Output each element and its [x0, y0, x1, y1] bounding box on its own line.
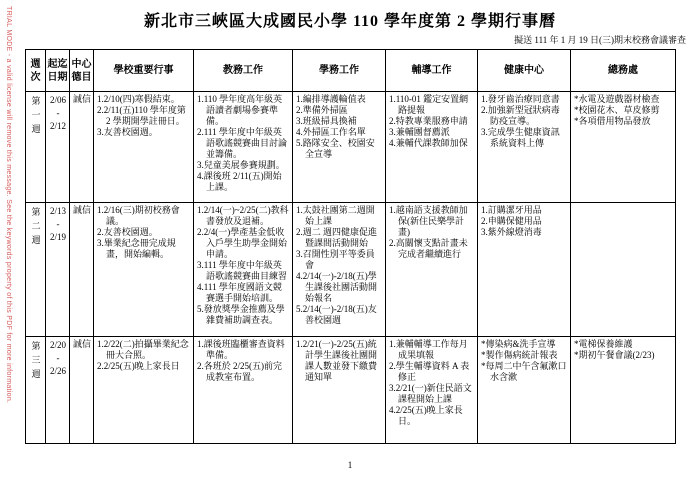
list-item: 3.111 學年度中年級英語歌謠競賽曲目練習	[197, 260, 290, 282]
header-row: 週次 起迄日期 中心德目 學校重要行事 教務工作 學務工作 輔導工作 健康中心 …	[26, 50, 676, 92]
list-item: 1.2/22(二)拍攝畢業紀念冊大合照。	[97, 339, 191, 361]
virtue-cell: 誠信	[70, 203, 94, 337]
list-item: 1.課後班臨櫃審查資料準備。	[197, 339, 290, 361]
date-start: 2/20	[49, 339, 67, 352]
list-item: 3.兼輔團督薦派	[389, 127, 475, 138]
date-range-cell: 2/20 - 2/26	[46, 337, 70, 444]
trial-mode-watermark: TRIAL MODE - a valid license will remove…	[5, 6, 12, 403]
list-item: 4.111 學年度國語文競賽選手開始培訓。	[197, 282, 290, 304]
week-number-cell: 第二週	[26, 203, 46, 337]
list-item: 2.2/25(五)晚上家長日	[97, 361, 191, 372]
cell-item-list: 1.編排導護輪值表2.準備外掃區3.班級掃具換補4.外掃區工作名單5.路隊安全、…	[296, 94, 383, 160]
cell-item-list: 1.課後班臨櫃審查資料準備。2.各班於 2/25(五)前完成教室布置。	[197, 339, 290, 383]
list-item: 2.高關懷支點計畫未完成者繼續進行	[389, 238, 475, 260]
virtue-cell: 誠信	[70, 337, 94, 444]
date-separator: -	[49, 352, 67, 365]
date-separator: -	[49, 107, 67, 120]
list-item: 5.2/14(一)-2/18(五)友善校園週	[296, 304, 383, 326]
col-header-counseling: 輔導工作	[386, 50, 478, 92]
list-item: 3.畢業紀念冊完成規畫，開始編輯。	[97, 238, 191, 260]
week-label: 第三週	[32, 339, 41, 381]
week-label: 第一週	[32, 94, 41, 136]
cell-item-list: *電梯保養維護*期初午餐會議(2/23)	[574, 339, 673, 361]
list-item: 1.發牙齒治療同意書	[481, 94, 568, 105]
list-item: 3.2/21(一)新住民語文課程開始上課	[389, 383, 475, 405]
list-item: 2.特教專業服務申請	[389, 116, 475, 127]
list-item: *製作傷病統計報表	[481, 350, 568, 361]
list-item: 2.學生輔導資料 A 表修正	[389, 361, 475, 383]
cell-item-list: 1.2/21(一)-2/25(五)統計學生課後社團開課人數並發下繳費通知單	[296, 339, 383, 383]
cell-item-list: 1.發牙齒治療同意書2.加強新型冠狀病毒防疫宣導。3.完成學生健康資訊系統資料上…	[481, 94, 568, 149]
list-item: 2.週二 週四健康促進暨課間活動開始	[296, 227, 383, 249]
general-affairs-cell: *電梯保養維護*期初午餐會議(2/23)	[571, 337, 676, 444]
list-item: 2.2/4(一)學產基金低收入戶學生助學金開始申請。	[197, 227, 290, 260]
date-range-cell: 2/06 - 2/12	[46, 92, 70, 203]
cell-item-list: 1.訂購潔牙用品2.申購保健用品3.紫外線燈消毒	[481, 205, 568, 238]
general-affairs-cell: *水電及遊戲器材檢查*校園花木、草皮修剪*各項借用物品發放	[571, 92, 676, 203]
col-header-academic-affairs: 教務工作	[194, 50, 293, 92]
list-item: 1.2/21(一)-2/25(五)統計學生課後社團開課人數並發下繳費通知單	[296, 339, 383, 383]
table-row-week1: 第一週 2/06 - 2/12 誠信 1.2/10(四)寒假結束。2.2/11(…	[26, 92, 676, 203]
list-item: *期初午餐會議(2/23)	[574, 350, 673, 361]
list-item: 4.2/14(一)-2/18(五)學生課後社團活動開始報名	[296, 271, 383, 304]
list-item: 4.兼輔代課教師加保	[389, 138, 475, 149]
list-item: 4.2/25(五)晚上家長日。	[389, 405, 475, 427]
date-start: 2/13	[49, 205, 67, 218]
date-end: 2/26	[49, 365, 67, 378]
list-item: 1.太鼓社團第二週開始上課	[296, 205, 383, 227]
review-note: 擬送 111 年 1 月 19 日(三)期末校務會議審查	[0, 33, 700, 46]
cell-item-list: 1.越南語支援教師加保(新住民樂學計畫)2.高關懷支點計畫未完成者繼續進行	[389, 205, 475, 260]
list-item: 1.2/14(一)~2/25(二)教科書發放及退補。	[197, 205, 290, 227]
list-item: 2.申購保健用品	[481, 216, 568, 227]
page-title: 新北市三峽區大成國民小學 110 學年度第 2 學期行事曆	[0, 8, 700, 31]
list-item: 2.加強新型冠狀病毒防疫宣導。	[481, 105, 568, 127]
date-start: 2/06	[49, 94, 67, 107]
school-events-cell: 1.2/22(二)拍攝畢業紀念冊大合照。2.2/25(五)晚上家長日	[94, 337, 194, 444]
student-affairs-cell: 1.太鼓社團第二週開始上課2.週二 週四健康促進暨課間活動開始3.召開性別平等委…	[293, 203, 386, 337]
cell-item-list: 1.兼輔輔導工作每月成果填報2.學生輔導資料 A 表修正3.2/21(一)新住民…	[389, 339, 475, 427]
student-affairs-cell: 1.編排導護輪值表2.準備外掃區3.班級掃具換補4.外掃區工作名單5.路隊安全、…	[293, 92, 386, 203]
school-events-cell: 1.2/16(三)期初校務會議。2.友善校園週。3.畢業紀念冊完成規畫，開始編輯…	[94, 203, 194, 337]
health-center-cell: 1.訂購潔牙用品2.申購保健用品3.紫外線燈消毒	[478, 203, 571, 337]
list-item: 1.110-01 鑑定安置網路提報	[389, 94, 475, 116]
list-item: 1.訂購潔牙用品	[481, 205, 568, 216]
student-affairs-cell: 1.2/21(一)-2/25(五)統計學生課後社團開課人數並發下繳費通知單	[293, 337, 386, 444]
list-item: 2.友善校園週。	[97, 227, 191, 238]
col-header-general-affairs: 總務處	[571, 50, 676, 92]
list-item: *電梯保養維護	[574, 339, 673, 350]
list-item: 2.2/11(五)110 學年度第 2 學期開學註冊日。	[97, 105, 191, 127]
cell-item-list: 1.2/22(二)拍攝畢業紀念冊大合照。2.2/25(五)晚上家長日	[97, 339, 191, 372]
col-header-school-events: 學校重要行事	[94, 50, 194, 92]
list-item: *水電及遊戲器材檢查	[574, 94, 673, 105]
cell-item-list: 1.110-01 鑑定安置網路提報2.特教專業服務申請3.兼輔團督薦派4.兼輔代…	[389, 94, 475, 149]
col-header-dates: 起迄日期	[46, 50, 70, 92]
date-separator: -	[49, 218, 67, 231]
col-header-virtue: 中心德目	[70, 50, 94, 92]
date-end: 2/19	[49, 231, 67, 244]
list-item: 2.111 學年度中年級英語歌謠競賽曲目討論並籌備。	[197, 127, 290, 160]
cell-item-list: 1.太鼓社團第二週開始上課2.週二 週四健康促進暨課間活動開始3.召開性別平等委…	[296, 205, 383, 326]
list-item: 3.班級掃具換補	[296, 116, 383, 127]
page-number: 1	[0, 460, 700, 470]
list-item: 3.完成學生健康資訊系統資料上傳	[481, 127, 568, 149]
cell-item-list: 1.2/10(四)寒假結束。2.2/11(五)110 學年度第 2 學期開學註冊…	[97, 94, 191, 138]
list-item: 1.兼輔輔導工作每月成果填報	[389, 339, 475, 361]
counseling-cell: 1.兼輔輔導工作每月成果填報2.學生輔導資料 A 表修正3.2/21(一)新住民…	[386, 337, 478, 444]
list-item: 5.發放獎學金推薦及學雜費補助調查表。	[197, 304, 290, 326]
health-center-cell: 1.發牙齒治療同意書2.加強新型冠狀病毒防疫宣導。3.完成學生健康資訊系統資料上…	[478, 92, 571, 203]
counseling-cell: 1.越南語支援教師加保(新住民樂學計畫)2.高關懷支點計畫未完成者繼續進行	[386, 203, 478, 337]
cell-item-list: 1.2/14(一)~2/25(二)教科書發放及退補。2.2/4(一)學產基金低收…	[197, 205, 290, 326]
week-label: 第二週	[32, 205, 41, 247]
date-range-cell: 2/13 - 2/19	[46, 203, 70, 337]
list-item: 5.路隊安全、校園安全宣導	[296, 138, 383, 160]
list-item: *傳染病&洗手宣導	[481, 339, 568, 350]
cell-item-list: 1.2/16(三)期初校務會議。2.友善校園週。3.畢業紀念冊完成規畫，開始編輯…	[97, 205, 191, 260]
academic-affairs-cell: 1.2/14(一)~2/25(二)教科書發放及退補。2.2/4(一)學產基金低收…	[194, 203, 293, 337]
col-header-student-affairs: 學務工作	[293, 50, 386, 92]
cell-item-list: 1.110 學年度高年級英語讀者劇場參賽準備。2.111 學年度中年級英語歌謠競…	[197, 94, 290, 193]
list-item: 1.2/10(四)寒假結束。	[97, 94, 191, 105]
col-header-health-center: 健康中心	[478, 50, 571, 92]
list-item: 3.紫外線燈消毒	[481, 227, 568, 238]
table-row-week2: 第二週 2/13 - 2/19 誠信 1.2/16(三)期初校務會議。2.友善校…	[26, 203, 676, 337]
col-header-week: 週次	[26, 50, 46, 92]
school-events-cell: 1.2/10(四)寒假結束。2.2/11(五)110 學年度第 2 學期開學註冊…	[94, 92, 194, 203]
health-center-cell: *傳染病&洗手宣導*製作傷病統計報表*每周二中午含氟漱口水含漱	[478, 337, 571, 444]
academic-affairs-cell: 1.110 學年度高年級英語讀者劇場參賽準備。2.111 學年度中年級英語歌謠競…	[194, 92, 293, 203]
week-number-cell: 第一週	[26, 92, 46, 203]
list-item: 1.110 學年度高年級英語讀者劇場參賽準備。	[197, 94, 290, 127]
list-item: 2.各班於 2/25(五)前完成教室布置。	[197, 361, 290, 383]
list-item: 1.越南語支援教師加保(新住民樂學計畫)	[389, 205, 475, 238]
list-item: 1.編排導護輪值表	[296, 94, 383, 105]
table-row-week3: 第三週 2/20 - 2/26 誠信 1.2/22(二)拍攝畢業紀念冊大合照。2…	[26, 337, 676, 444]
cell-item-list: *水電及遊戲器材檢查*校園花木、草皮修剪*各項借用物品發放	[574, 94, 673, 127]
cell-item-list: *傳染病&洗手宣導*製作傷病統計報表*每周二中午含氟漱口水含漱	[481, 339, 568, 383]
list-item: *校園花木、草皮修剪	[574, 105, 673, 116]
list-item: 3.召開性別平等委員會	[296, 249, 383, 271]
list-item: 4.課後班 2/11(五)開始上課。	[197, 171, 290, 193]
list-item: 3.友善校園週。	[97, 127, 191, 138]
calendar-table: 週次 起迄日期 中心德目 學校重要行事 教務工作 學務工作 輔導工作 健康中心 …	[25, 49, 676, 444]
list-item: *每周二中午含氟漱口水含漱	[481, 361, 568, 383]
list-item: 1.2/16(三)期初校務會議。	[97, 205, 191, 227]
list-item: 3.兒童美展參賽規劃。	[197, 160, 290, 171]
counseling-cell: 1.110-01 鑑定安置網路提報2.特教專業服務申請3.兼輔團督薦派4.兼輔代…	[386, 92, 478, 203]
list-item: 4.外掃區工作名單	[296, 127, 383, 138]
week-number-cell: 第三週	[26, 337, 46, 444]
list-item: *各項借用物品發放	[574, 116, 673, 127]
general-affairs-cell	[571, 203, 676, 337]
list-item: 2.準備外掃區	[296, 105, 383, 116]
date-end: 2/12	[49, 120, 67, 133]
academic-affairs-cell: 1.課後班臨櫃審查資料準備。2.各班於 2/25(五)前完成教室布置。	[194, 337, 293, 444]
virtue-cell: 誠信	[70, 92, 94, 203]
